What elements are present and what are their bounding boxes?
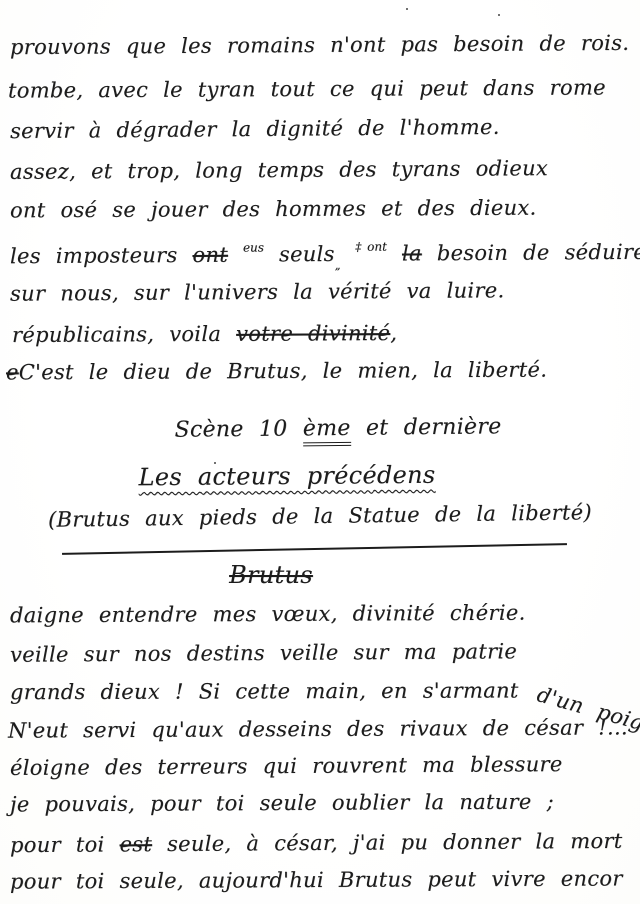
character-name: Brutus — [0, 561, 591, 589]
scene-heading: Scène 10 ème et dernière — [18, 413, 640, 445]
crossed-out-letter: e — [6, 360, 19, 384]
manuscript-line-6-with-corrections: les imposteurs ont eus seuls„ ‡ ont la b… — [10, 238, 640, 274]
line-20-text: seule, à césar, j'ai pu donner la mort — [167, 829, 623, 856]
manuscript-line-20-with-correction: pour toi est seule, à césar, j'ai pu don… — [10, 829, 623, 857]
manuscript-line-7: sur nous, sur l'univers la vérité va lui… — [10, 278, 505, 305]
manuscript-line-1: prouvons que les romains n'ont pas besoi… — [10, 31, 629, 59]
line-6-text: besoin de séduire — [437, 240, 640, 265]
crossed-out-word: ont — [192, 243, 228, 267]
caret-mark: „ — [335, 259, 341, 272]
manuscript-line-3: servir à dégrader la dignité de l'homme. — [10, 115, 500, 143]
manuscript-line-18: éloigne des terreurs qui rouvrent ma ble… — [10, 752, 563, 780]
ink-speck — [498, 14, 500, 16]
line-8-text: , — [390, 321, 397, 345]
crossed-out-word: est — [119, 832, 152, 856]
scene-heading-text: et dernière — [366, 414, 502, 440]
manuscript-line-14: daigne entendre mes vœux, divinité chéri… — [10, 601, 526, 628]
crossed-out-phrase: votre divinité — [236, 321, 390, 346]
flourish-underline — [62, 543, 567, 555]
ink-speck — [406, 8, 408, 10]
manuscript-line-4: assez, et trop, long temps des tyrans od… — [10, 156, 548, 184]
line-8-text: républicains, voila — [12, 322, 221, 347]
manuscript-line-15: veille sur nos destins veille sur ma pat… — [10, 639, 517, 667]
stage-direction: (Brutus aux pieds de la Statue de la lib… — [0, 500, 640, 533]
line-6-text: les imposteurs — [10, 243, 178, 268]
actors-subheading-text: Les acteurs précédens — [138, 461, 435, 492]
interlinear-insertion: ‡ ont — [355, 240, 387, 254]
scene-ordinal-double-underlined: ème — [303, 416, 351, 446]
line-20-text: pour toi — [10, 832, 105, 857]
manuscript-line-17: N'eut servi qu'aux desseins des rivaux d… — [8, 715, 628, 742]
character-name-text: Brutus — [229, 561, 313, 589]
line-16-text: grands dieux ! Si cette main, en s'arman… — [10, 678, 519, 704]
manuscript-line-19: je pouvais, pour toi seule oublier la na… — [10, 790, 554, 817]
scene-heading-text: Scène 10 — [174, 417, 287, 443]
manuscript-line-2: tombe, avec le tyran tout ce qui peut da… — [8, 75, 606, 102]
manuscript-line-5: ont osé se jouer des hommes et des dieux… — [10, 196, 537, 223]
manuscript-line-16: grands dieux ! Si cette main, en s'arman… — [10, 678, 640, 704]
actors-subheading: Les acteurs précédens — [0, 459, 607, 493]
line-6-text: seuls — [279, 242, 335, 266]
manuscript-line-21: pour toi seule, aujourd'hui Brutus peut … — [10, 866, 623, 893]
line-9-text: C'est le dieu de Brutus, le mien, la lib… — [19, 358, 548, 385]
crossed-out-word: la — [402, 241, 422, 265]
interlinear-insertion: eus — [243, 240, 264, 254]
manuscript-line-9: eC'est le dieu de Brutus, le mien, la li… — [6, 358, 547, 385]
manuscript-line-8-with-corrections: républicains, voila votre divinité, — [12, 321, 397, 347]
manuscript-page: prouvons que les romains n'ont pas besoi… — [0, 0, 640, 904]
